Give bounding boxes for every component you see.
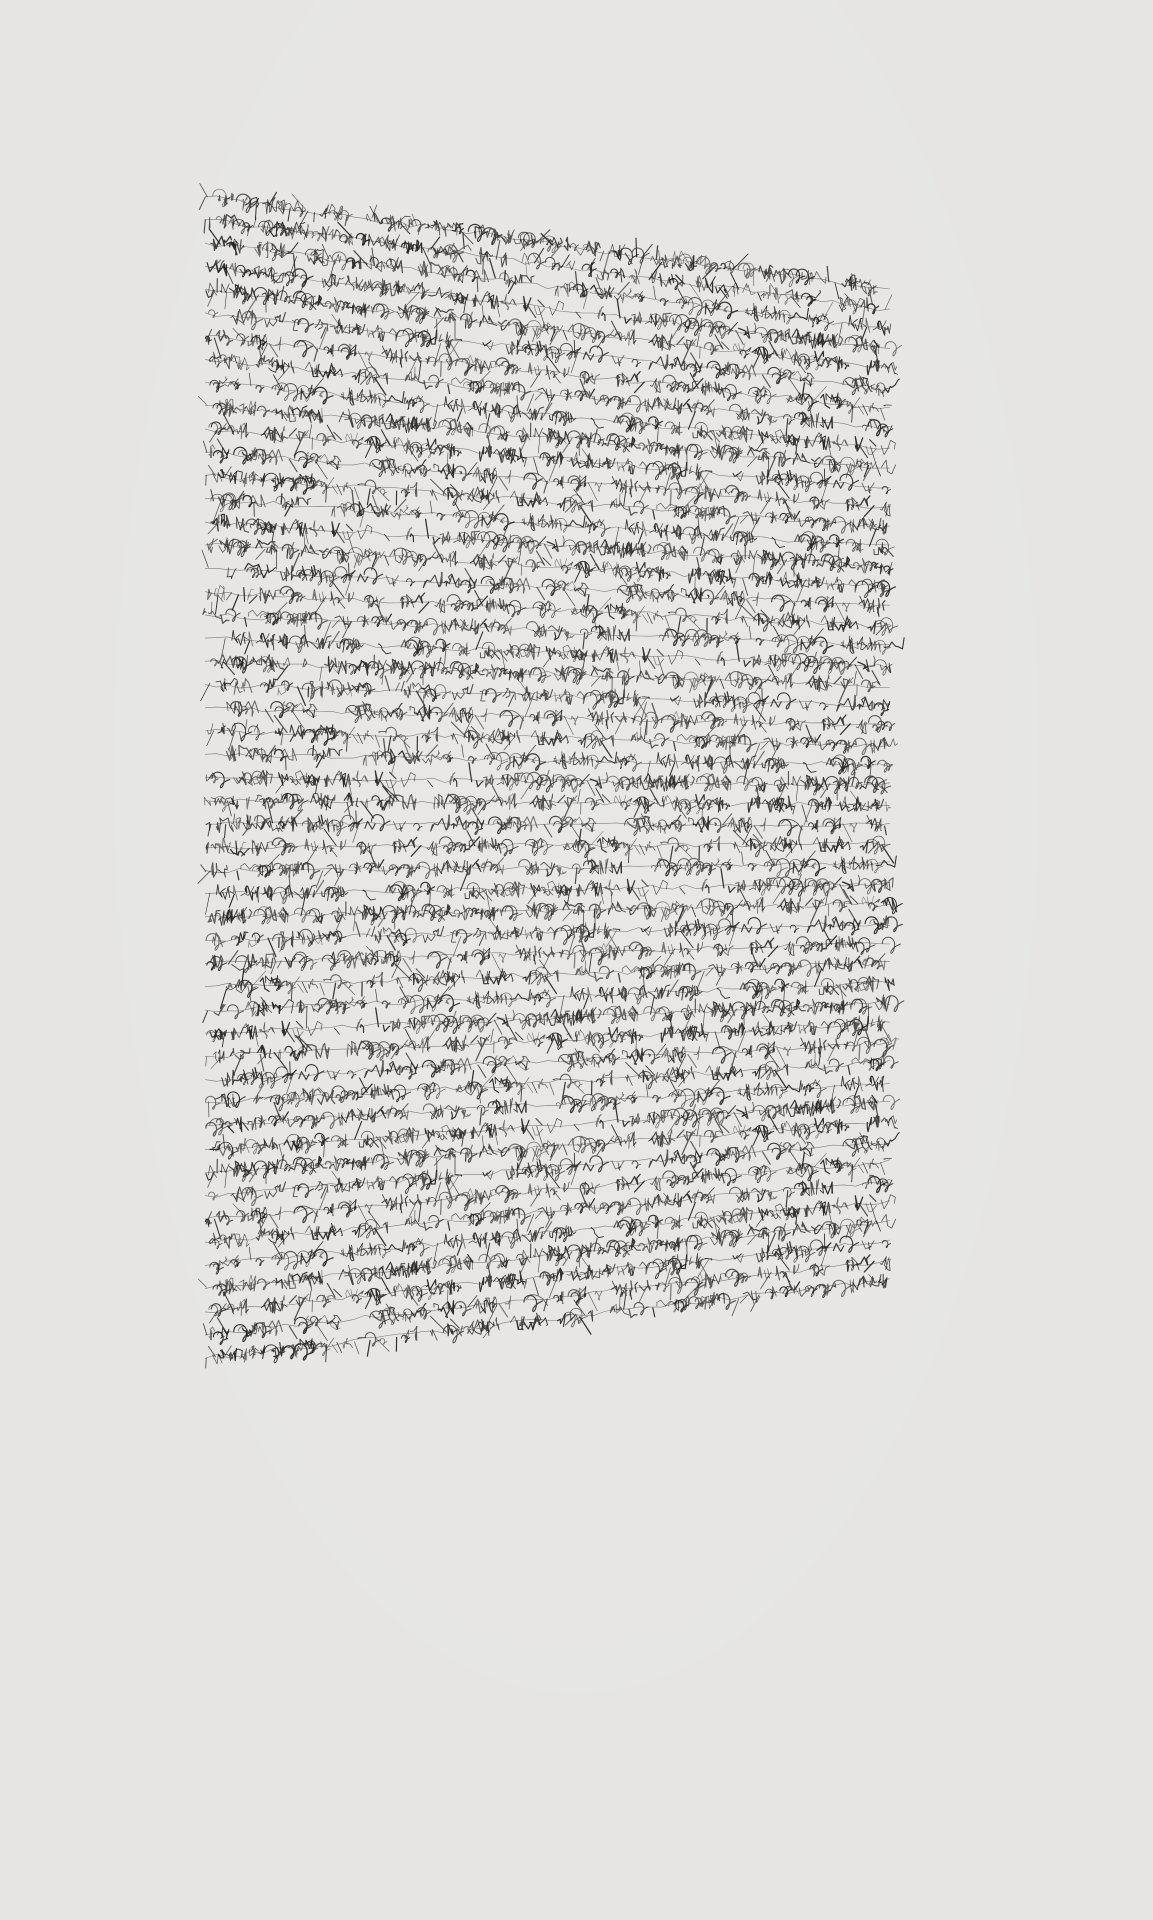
paper-background [0, 0, 1153, 1920]
asemic-text-block [0, 0, 1153, 1920]
scribble-line [205, 1046, 898, 1117]
scribble-line [205, 909, 903, 957]
scribble-line [205, 930, 901, 978]
scribble-line [205, 763, 891, 801]
scribble-line [205, 309, 899, 396]
scribble-line [204, 786, 891, 822]
scribble-line [198, 850, 896, 888]
scribble-line [205, 1273, 890, 1368]
scribble-line [204, 215, 892, 323]
scribble-line [203, 1254, 890, 1344]
scribble-line [205, 581, 898, 635]
scribble-line [205, 349, 893, 437]
scribble-line [205, 626, 892, 681]
scribble-line [205, 995, 904, 1050]
scribble-line [205, 890, 902, 931]
